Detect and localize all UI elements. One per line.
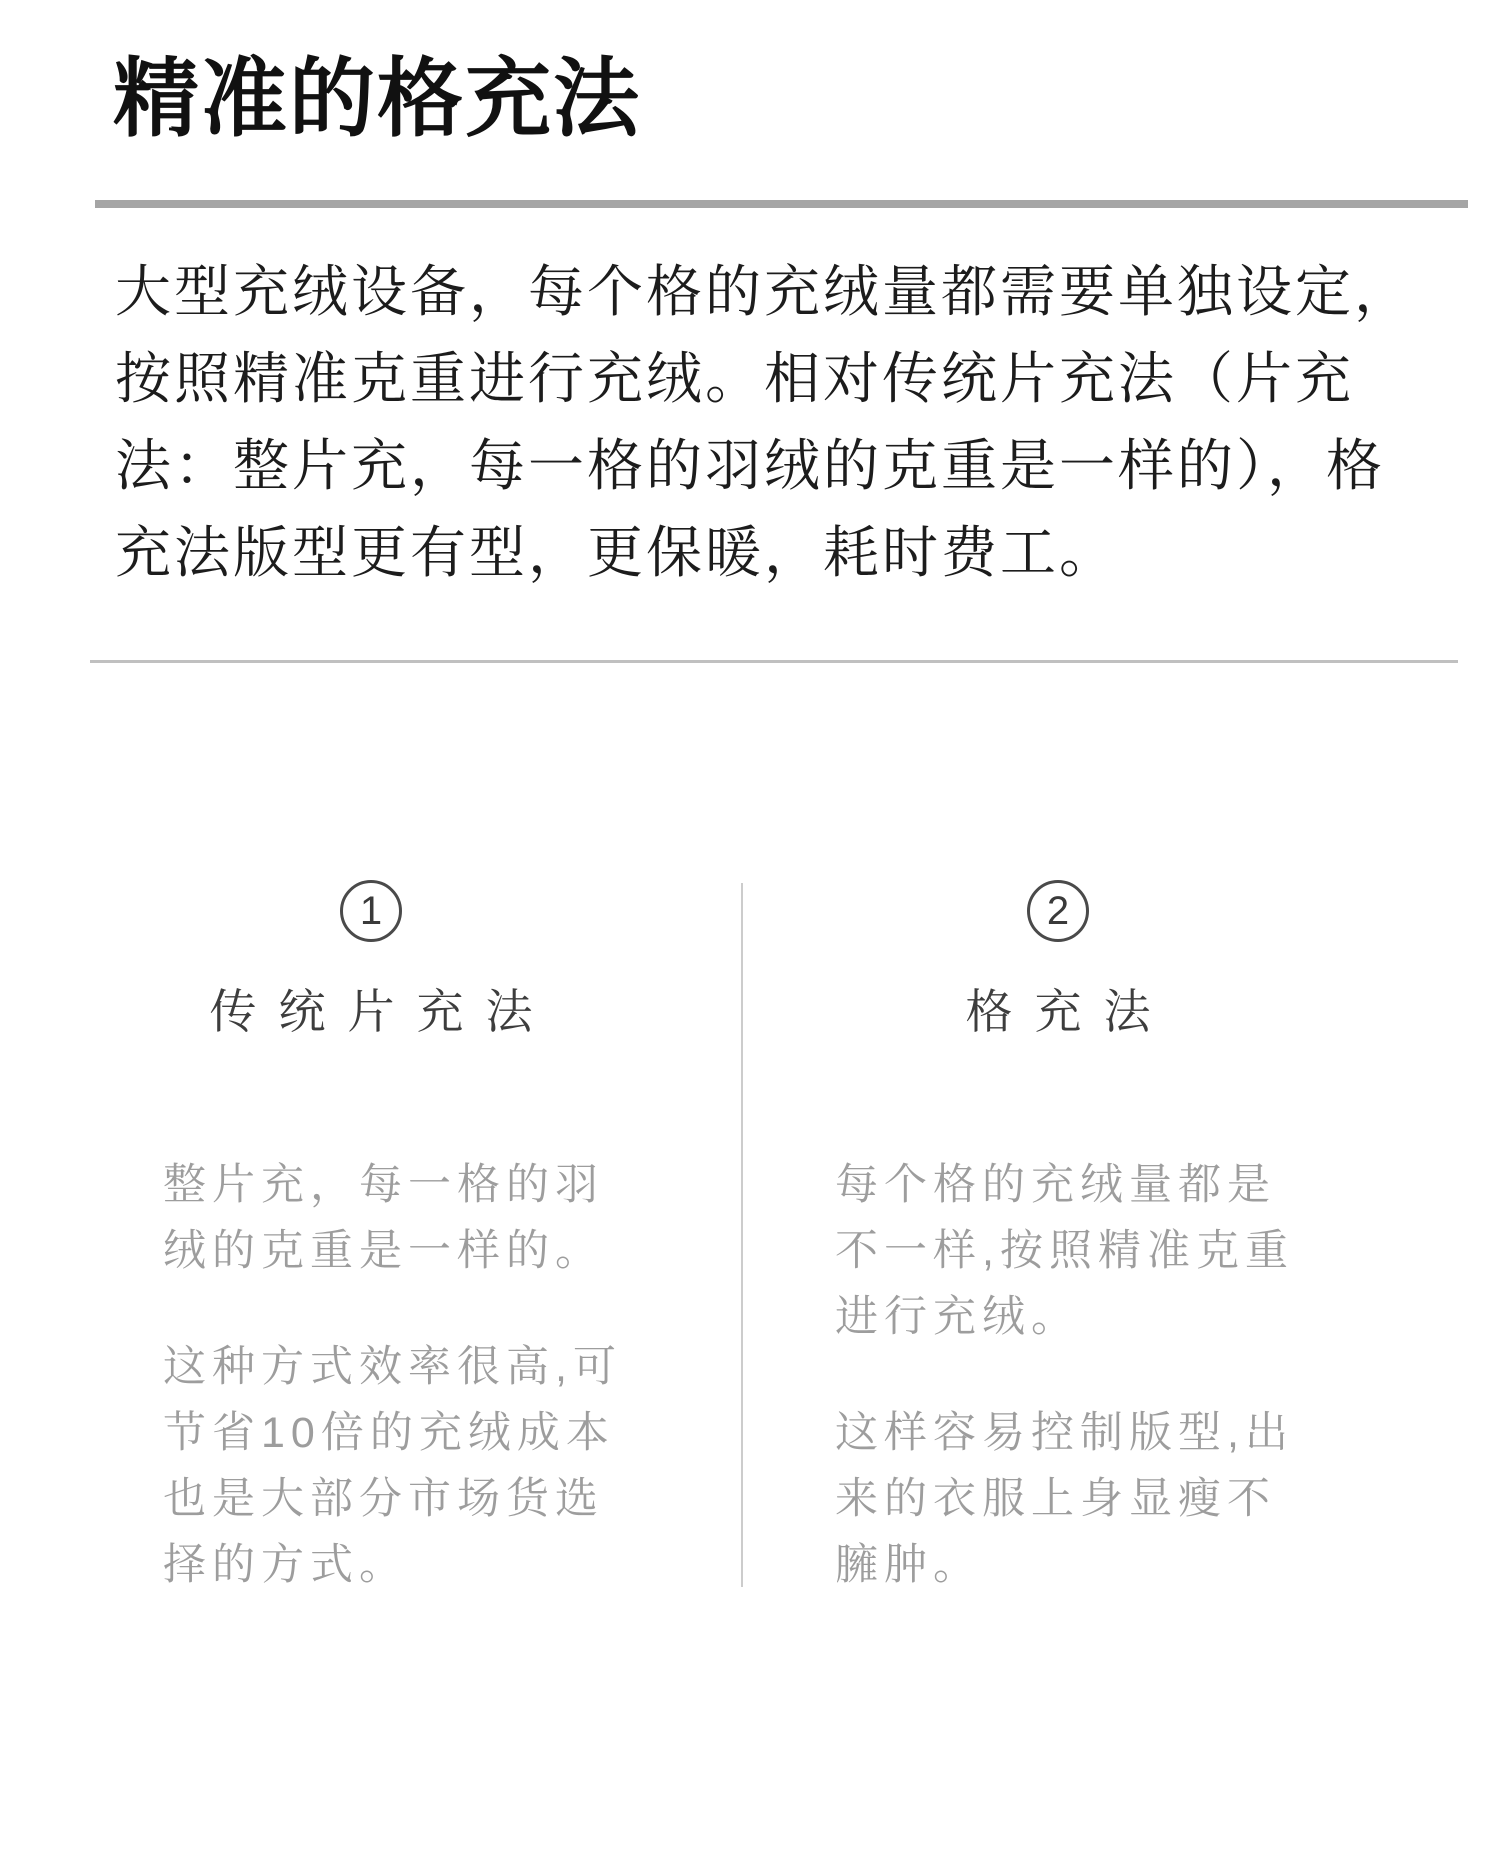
intro-line: 按照精准克重进行充绒。相对传统片充法（片充 [115, 335, 1413, 422]
section-divider-rule [90, 660, 1458, 663]
circled-number-1: 1 [340, 880, 402, 942]
circle-digit: 1 [360, 891, 382, 931]
product-description-section: 精准的格充法 大型充绒设备，每个格的充绒量都需要单独设定， 按照精准克重进行充绒… [0, 0, 1500, 1858]
title-underline-rule [95, 200, 1468, 208]
column-paragraph: 这种方式效率很高,可节省10倍的充绒成本也是大部分市场货选择的方式。 [163, 1334, 643, 1598]
column-paragraph: 每个格的充绒量都是不一样,按照精准克重进行充绒。 [835, 1152, 1315, 1350]
circle-digit: 2 [1047, 891, 1069, 931]
comparison-columns: 1 传统片充法 整片充，每一格的羽绒的克重是一样的。 这种方式效率很高,可节省1… [0, 880, 1500, 1598]
section-title: 精准的格充法 [113, 50, 641, 149]
column-traditional-fill-method: 1 传统片充法 整片充，每一格的羽绒的克重是一样的。 这种方式效率很高,可节省1… [0, 880, 742, 1598]
column-paragraph: 这样容易控制版型,出来的衣服上身显瘦不臃肿。 [835, 1400, 1315, 1598]
intro-paragraph: 大型充绒设备，每个格的充绒量都需要单独设定， 按照精准克重进行充绒。相对传统片充… [115, 248, 1413, 596]
circled-number-2: 2 [1027, 880, 1089, 942]
column-title-traditional: 传统片充法 [0, 984, 742, 1040]
column-body-traditional: 整片充，每一格的羽绒的克重是一样的。 这种方式效率很高,可节省10倍的充绒成本也… [163, 1152, 643, 1598]
column-grid-fill-method: 2 格充法 每个格的充绒量都是不一样,按照精准克重进行充绒。 这样容易控制版型,… [742, 880, 1500, 1598]
column-body-grid: 每个格的充绒量都是不一样,按照精准克重进行充绒。 这样容易控制版型,出来的衣服上… [835, 1152, 1315, 1598]
intro-line: 大型充绒设备，每个格的充绒量都需要单独设定， [115, 248, 1413, 335]
column-title-grid: 格充法 [742, 984, 1374, 1040]
column-paragraph: 整片充，每一格的羽绒的克重是一样的。 [163, 1152, 643, 1284]
vertical-divider-line [741, 883, 743, 1587]
intro-line: 充法版型更有型，更保暖，耗时费工。 [115, 509, 1413, 596]
intro-line: 法：整片充，每一格的羽绒的克重是一样的），格 [115, 422, 1413, 509]
